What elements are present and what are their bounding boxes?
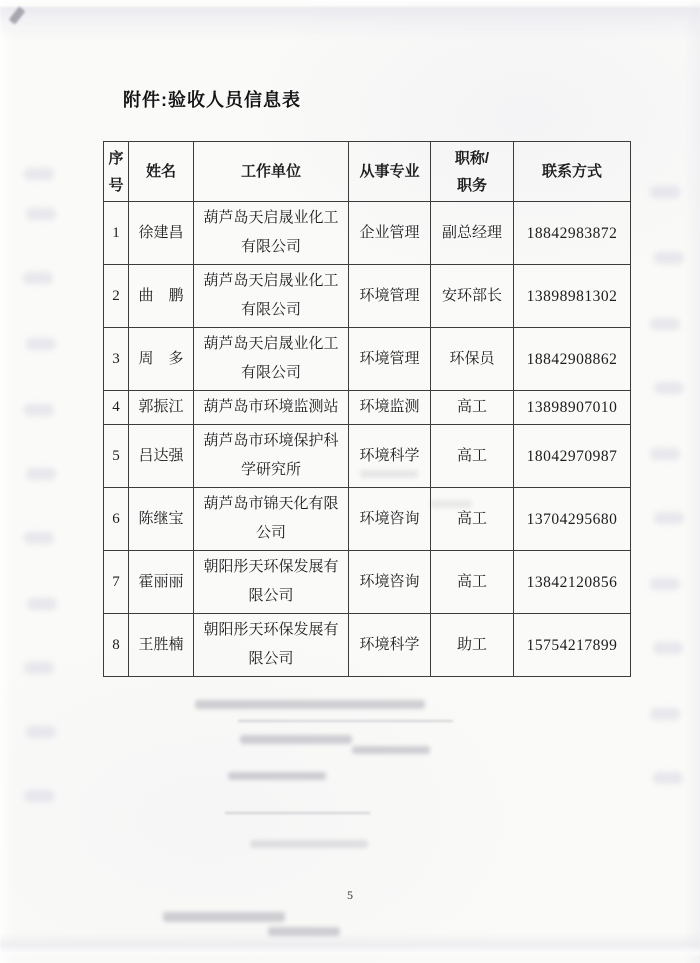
ghost-text-artifact xyxy=(228,772,326,780)
column-header-name: 姓名 xyxy=(129,142,194,202)
scan-artifact xyxy=(26,726,56,738)
cell-index: 1 xyxy=(104,202,129,265)
cell-contact: 18842908862 xyxy=(514,328,631,391)
cell-name: 吕达强 xyxy=(129,425,194,488)
cell-major: 环境咨询 xyxy=(349,551,431,614)
cell-title: 副总经理 xyxy=(431,202,514,265)
table-row: 5 吕达强 葫芦岛市环境保护科学研究所 环境科学 高工 18042970987 xyxy=(104,425,631,488)
ghost-text-artifact xyxy=(352,746,430,754)
table-row: 4 郭振江 葫芦岛市环境监测站 环境监测 高工 13898907010 xyxy=(104,391,631,425)
cell-index: 2 xyxy=(104,265,129,328)
scan-artifact xyxy=(26,468,56,480)
cell-title: 高工 xyxy=(431,551,514,614)
document-title: 附件:验收人员信息表 xyxy=(123,86,301,112)
ghost-text-artifact xyxy=(240,735,352,744)
cell-major: 环境管理 xyxy=(349,328,431,391)
scan-artifact xyxy=(654,252,684,264)
scan-artifact xyxy=(26,338,56,350)
scan-artifact xyxy=(650,318,680,330)
cell-major: 环境科学 xyxy=(349,614,431,677)
personnel-table: 序 号 姓名 工作单位 从事专业 职称/ 职务 联系方式 1 徐建昌 葫芦岛天启… xyxy=(103,141,631,677)
table-row: 2 曲 鹏 葫芦岛天启晟业化工有限公司 环境管理 安环部长 1389898130… xyxy=(104,265,631,328)
cell-contact: 18042970987 xyxy=(514,425,631,488)
cell-major: 环境咨询 xyxy=(349,488,431,551)
scan-top-shading xyxy=(0,7,700,39)
cell-index: 5 xyxy=(104,425,129,488)
scan-artifact xyxy=(650,186,680,198)
cell-contact: 18842983872 xyxy=(514,202,631,265)
cell-name: 徐建昌 xyxy=(129,202,194,265)
cell-major: 环境科学 xyxy=(349,425,431,488)
page-number: 5 xyxy=(0,888,700,903)
cell-major: 环境管理 xyxy=(349,265,431,328)
column-header-major: 从事专业 xyxy=(349,142,431,202)
scan-artifact xyxy=(654,512,684,524)
cell-index: 4 xyxy=(104,391,129,425)
cell-contact: 13842120856 xyxy=(514,551,631,614)
table-row: 3 周 多 葫芦岛天启晟业化工有限公司 环境管理 环保员 18842908862 xyxy=(104,328,631,391)
table-row: 8 王胜楠 朝阳彤天环保发展有限公司 环境科学 助工 15754217899 xyxy=(104,614,631,677)
cell-index: 3 xyxy=(104,328,129,391)
cell-unit: 葫芦岛市环境保护科学研究所 xyxy=(194,425,349,488)
table-row: 1 徐建昌 葫芦岛天启晟业化工有限公司 企业管理 副总经理 1884298387… xyxy=(104,202,631,265)
cell-contact: 13898907010 xyxy=(514,391,631,425)
cell-name: 周 多 xyxy=(129,328,194,391)
column-header-unit: 工作单位 xyxy=(194,142,349,202)
scan-artifact xyxy=(653,772,683,784)
scan-artifact xyxy=(27,598,57,610)
ghost-text-artifact xyxy=(250,840,368,848)
column-header-title: 职称/ 职务 xyxy=(431,142,514,202)
cell-unit: 葫芦岛市环境监测站 xyxy=(194,391,349,425)
table-row: 7 霍丽丽 朝阳彤天环保发展有限公司 环境咨询 高工 13842120856 xyxy=(104,551,631,614)
cell-major: 企业管理 xyxy=(349,202,431,265)
cell-title: 高工 xyxy=(431,488,514,551)
cell-name: 霍丽丽 xyxy=(129,551,194,614)
cell-index: 8 xyxy=(104,614,129,677)
scan-artifact xyxy=(24,168,54,180)
cell-unit: 葫芦岛天启晟业化工有限公司 xyxy=(194,265,349,328)
cell-unit: 朝阳彤天环保发展有限公司 xyxy=(194,614,349,677)
cell-unit: 葫芦岛天启晟业化工有限公司 xyxy=(194,202,349,265)
scan-artifact xyxy=(654,382,684,394)
scan-artifact xyxy=(650,448,680,460)
scan-artifact xyxy=(23,272,53,284)
cell-name: 郭振江 xyxy=(129,391,194,425)
table-row: 6 陈继宝 葫芦岛市锦天化有限公司 环境咨询 高工 13704295680 xyxy=(104,488,631,551)
cell-name: 曲 鹏 xyxy=(129,265,194,328)
scan-artifact xyxy=(650,708,680,720)
cell-name: 王胜楠 xyxy=(129,614,194,677)
column-header-index: 序 号 xyxy=(104,142,129,202)
scan-bottom-shading xyxy=(0,933,700,955)
cell-major: 环境监测 xyxy=(349,391,431,425)
cell-title: 安环部长 xyxy=(431,265,514,328)
ghost-text-artifact xyxy=(195,700,425,709)
ghost-line-artifact xyxy=(238,720,453,722)
scan-artifact xyxy=(24,662,54,674)
cell-unit: 葫芦岛市锦天化有限公司 xyxy=(194,488,349,551)
cell-title: 环保员 xyxy=(431,328,514,391)
ghost-text-artifact xyxy=(268,927,340,936)
cell-index: 7 xyxy=(104,551,129,614)
cell-index: 6 xyxy=(104,488,129,551)
scan-corner-mark xyxy=(9,6,26,24)
cell-unit: 葫芦岛天启晟业化工有限公司 xyxy=(194,328,349,391)
cell-title: 助工 xyxy=(431,614,514,677)
cell-contact: 13898981302 xyxy=(514,265,631,328)
scan-artifact xyxy=(26,208,56,220)
scan-artifact xyxy=(653,642,683,654)
cell-name: 陈继宝 xyxy=(129,488,194,551)
scanned-document-page: 附件:验收人员信息表 序 号 姓名 工作单位 从事专业 职称/ 职务 联系方式 … xyxy=(0,0,700,963)
table-header-row: 序 号 姓名 工作单位 从事专业 职称/ 职务 联系方式 xyxy=(104,142,631,202)
ghost-line-artifact xyxy=(225,812,370,814)
scan-artifact xyxy=(24,532,54,544)
scan-artifact xyxy=(24,404,54,416)
scan-artifact xyxy=(650,578,680,590)
cell-unit: 朝阳彤天环保发展有限公司 xyxy=(194,551,349,614)
cell-contact: 15754217899 xyxy=(514,614,631,677)
cell-title: 高工 xyxy=(431,425,514,488)
cell-title: 高工 xyxy=(431,391,514,425)
cell-contact: 13704295680 xyxy=(514,488,631,551)
ghost-text-artifact xyxy=(163,912,285,922)
scan-artifact xyxy=(24,790,54,802)
column-header-contact: 联系方式 xyxy=(514,142,631,202)
